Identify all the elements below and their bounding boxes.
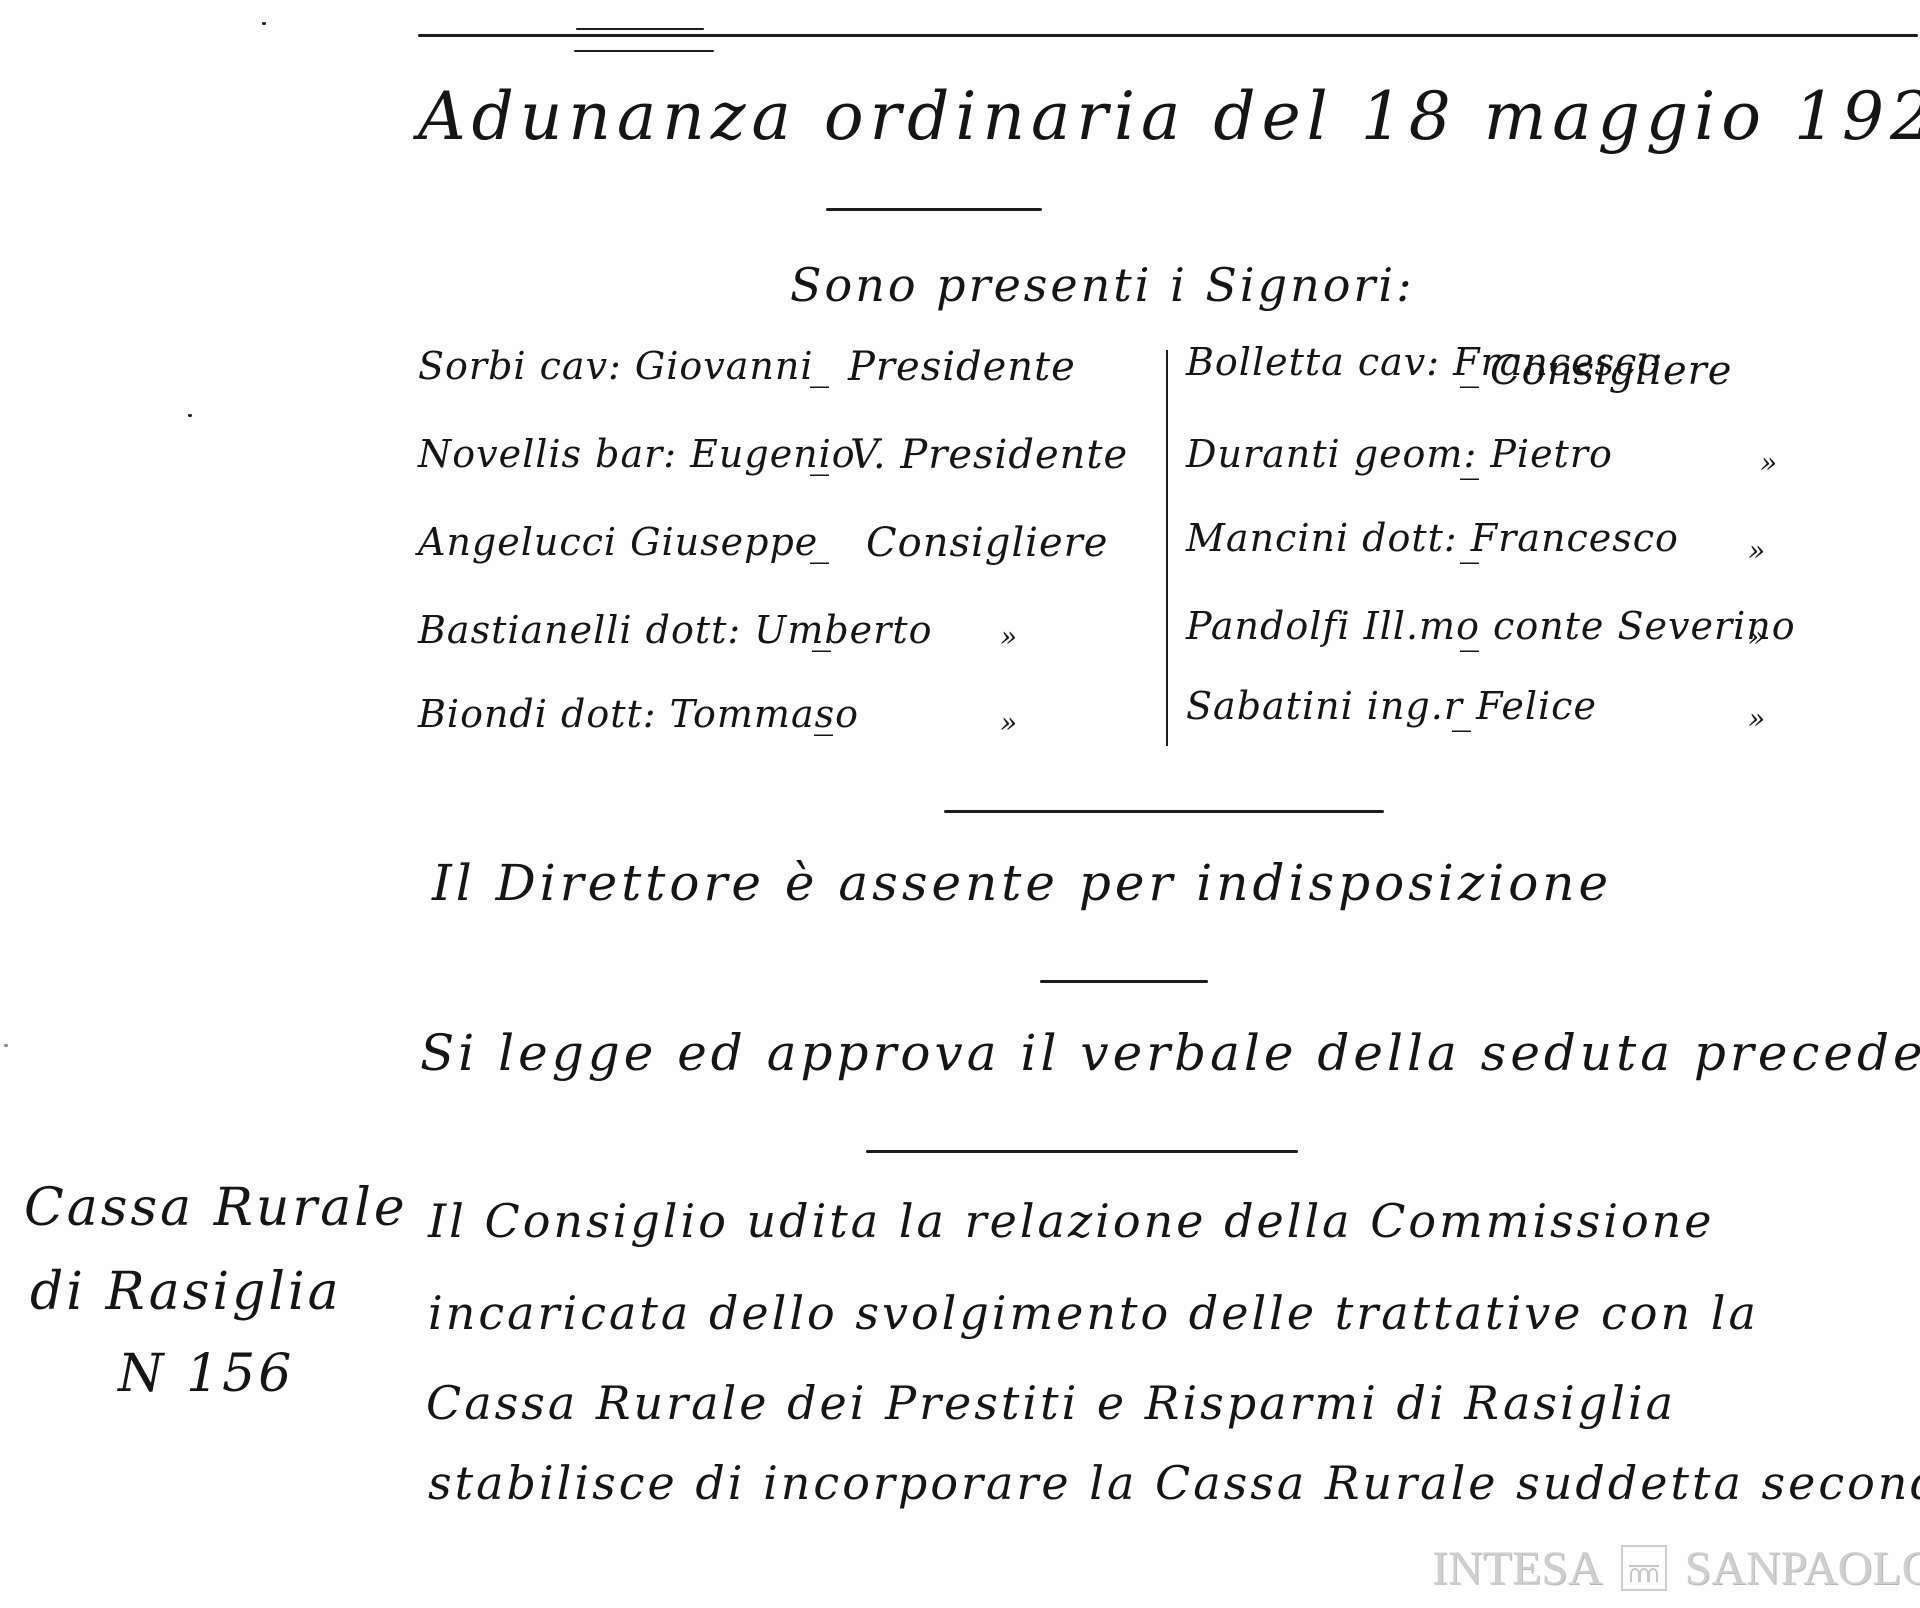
attendee-name: Sorbi cav: Giovanni (418, 344, 814, 388)
margin-note-line: di Rasiglia (30, 1262, 342, 1322)
intesa-sanpaolo-watermark: INTESA SANPAOLO (1432, 1540, 1920, 1596)
watermark-left-word: INTESA (1432, 1541, 1603, 1596)
scan-speck (188, 414, 192, 417)
attendee-dash: _ (810, 520, 830, 564)
attendee-role: Presidente (848, 344, 1076, 390)
attendee-role: Consigliere (866, 520, 1108, 566)
attendee-dash: _ (1460, 344, 1480, 388)
scanned-document-page: Adunanza ordinaria del 18 maggio 1928 So… (0, 0, 1920, 1608)
attendee-dash: _ (1460, 520, 1480, 564)
scan-speck (262, 22, 266, 25)
ditto-mark: » (1000, 706, 1018, 739)
attendee-dash: _ (1452, 688, 1472, 732)
attendee-dash: _ (814, 692, 834, 736)
column-divider (1166, 350, 1168, 746)
attendee-name: Novellis bar: Eugenio (418, 432, 856, 476)
ditto-mark: » (1000, 620, 1018, 653)
attendee-name: Angelucci Giuseppe (418, 520, 818, 564)
attendee-name: Biondi dott: Tommaso (418, 692, 859, 736)
director-note-underline (1040, 980, 1208, 983)
title-underline (826, 208, 1042, 211)
attendee-name: Mancini dott: Francesco (1186, 516, 1679, 560)
attendees-heading: Sono presenti i Signori: (790, 258, 1415, 312)
attendee-name: Pandolfi Ill.mo conte Severino (1186, 604, 1796, 648)
top-rule-accent-lower (574, 50, 714, 52)
arches-logo-icon (1621, 1545, 1667, 1591)
attendee-dash: _ (1460, 436, 1480, 480)
minutes-approved-note: Si legge ed approva il verbale della sed… (420, 1024, 1920, 1082)
top-rule-accent-upper (576, 28, 704, 30)
document-title: Adunanza ordinaria del 18 maggio 1928 (418, 78, 1920, 155)
attendee-role: V. Presidente (850, 432, 1128, 478)
attendee-dash: _ (810, 344, 830, 388)
attendee-name: Sabatini ing.r Felice (1186, 684, 1597, 728)
ditto-mark: » (1748, 534, 1766, 567)
ditto-mark: » (1760, 446, 1778, 479)
scan-speck (4, 1044, 8, 1047)
resolution-line: Cassa Rurale dei Prestiti e Risparmi di … (426, 1376, 1676, 1430)
top-rule (418, 34, 1918, 37)
margin-note-line: Cassa Rurale (24, 1178, 408, 1238)
attendee-dash: _ (812, 608, 832, 652)
attendees-underline (944, 810, 1384, 813)
resolution-line: incaricata dello svolgimento delle tratt… (428, 1286, 1759, 1340)
watermark-right-word: SANPAOLO (1685, 1541, 1920, 1596)
margin-note-number: N 156 (118, 1344, 294, 1404)
director-absent-note: Il Direttore è assente per indisposizion… (432, 854, 1612, 912)
resolution-line: Il Consiglio udita la relazione della Co… (428, 1194, 1715, 1248)
attendee-dash: _ (1460, 608, 1480, 652)
minutes-note-underline (866, 1150, 1298, 1153)
attendee-name: Duranti geom: Pietro (1186, 432, 1613, 476)
ditto-mark: » (1748, 702, 1766, 735)
resolution-line: stabilisce di incorporare la Cassa Rural… (428, 1456, 1920, 1510)
attendee-name: Bastianelli dott: Umberto (418, 608, 932, 652)
attendee-dash: _ (810, 432, 830, 476)
ditto-mark: » (1748, 620, 1766, 653)
attendee-role: Consigliere (1490, 348, 1732, 394)
